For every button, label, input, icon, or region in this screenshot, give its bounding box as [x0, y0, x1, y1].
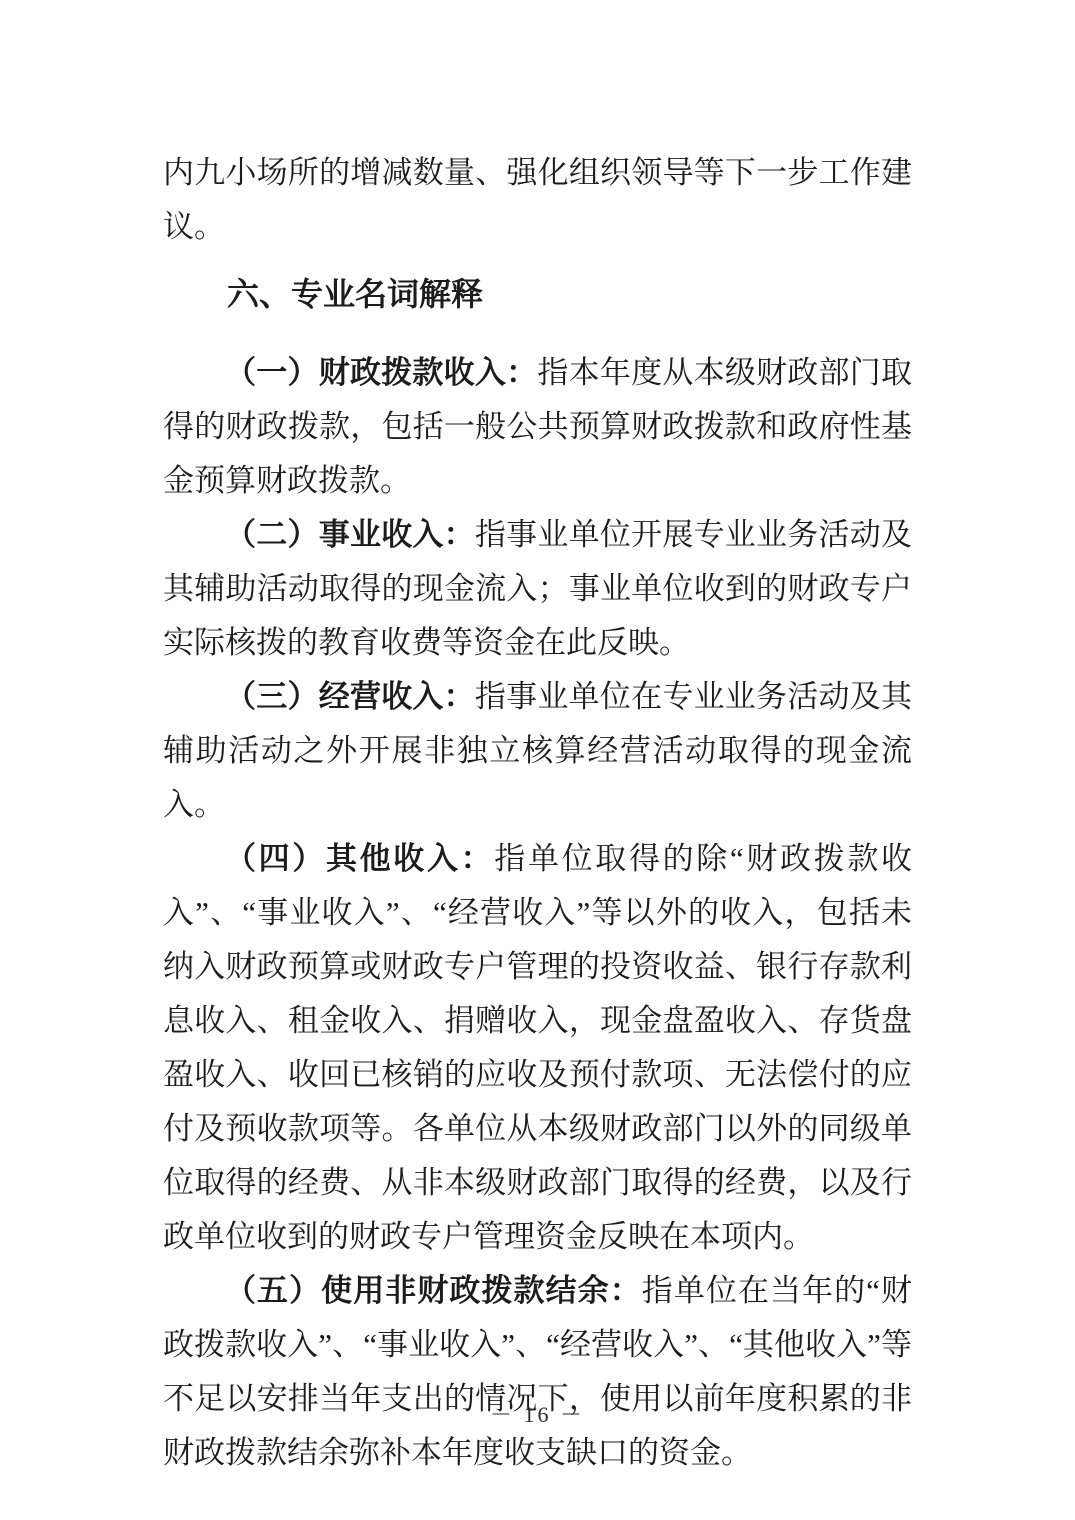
term-label: （二）事业收入： — [225, 517, 475, 552]
term-definition: 指单位取得的除“财政拨款收入”、“事业收入”、“经营收入”等以外的收入，包括未纳… — [163, 841, 912, 1254]
term-label: （一）财政拨款收入： — [225, 355, 537, 390]
page-number: － 16 － — [0, 1400, 1075, 1430]
definition-paragraph: （五）使用非财政拨款结余：指单位在当年的“财政拨款收入”、“事业收入”、“经营收… — [163, 1264, 912, 1480]
definition-paragraph: （四）其他收入：指单位取得的除“财政拨款收入”、“事业收入”、“经营收入”等以外… — [163, 832, 912, 1264]
term-label: （四）其他收入： — [225, 841, 494, 876]
term-label: （三）经营收入： — [225, 679, 475, 714]
definition-paragraph: （二）事业收入：指事业单位开展专业业务活动及其辅助活动取得的现金流入；事业单位收… — [163, 508, 912, 670]
document-page: 内九小场所的增减数量、强化组织领导等下一步工作建议。 六、专业名词解释 （一）财… — [0, 0, 1075, 1520]
document-body: 内九小场所的增减数量、强化组织领导等下一步工作建议。 六、专业名词解释 （一）财… — [163, 146, 912, 1480]
definition-paragraph: （一）财政拨款收入：指本年度从本级财政部门取得的财政拨款，包括一般公共预算财政拨… — [163, 346, 912, 508]
term-label: （五）使用非财政拨款结余： — [225, 1273, 642, 1308]
section-heading: 六、专业名词解释 — [163, 267, 912, 321]
paragraph-continuation: 内九小场所的增减数量、强化组织领导等下一步工作建议。 — [163, 146, 912, 254]
definition-paragraph: （三）经营收入：指事业单位在专业业务活动及其辅助活动之外开展非独立核算经营活动取… — [163, 670, 912, 832]
